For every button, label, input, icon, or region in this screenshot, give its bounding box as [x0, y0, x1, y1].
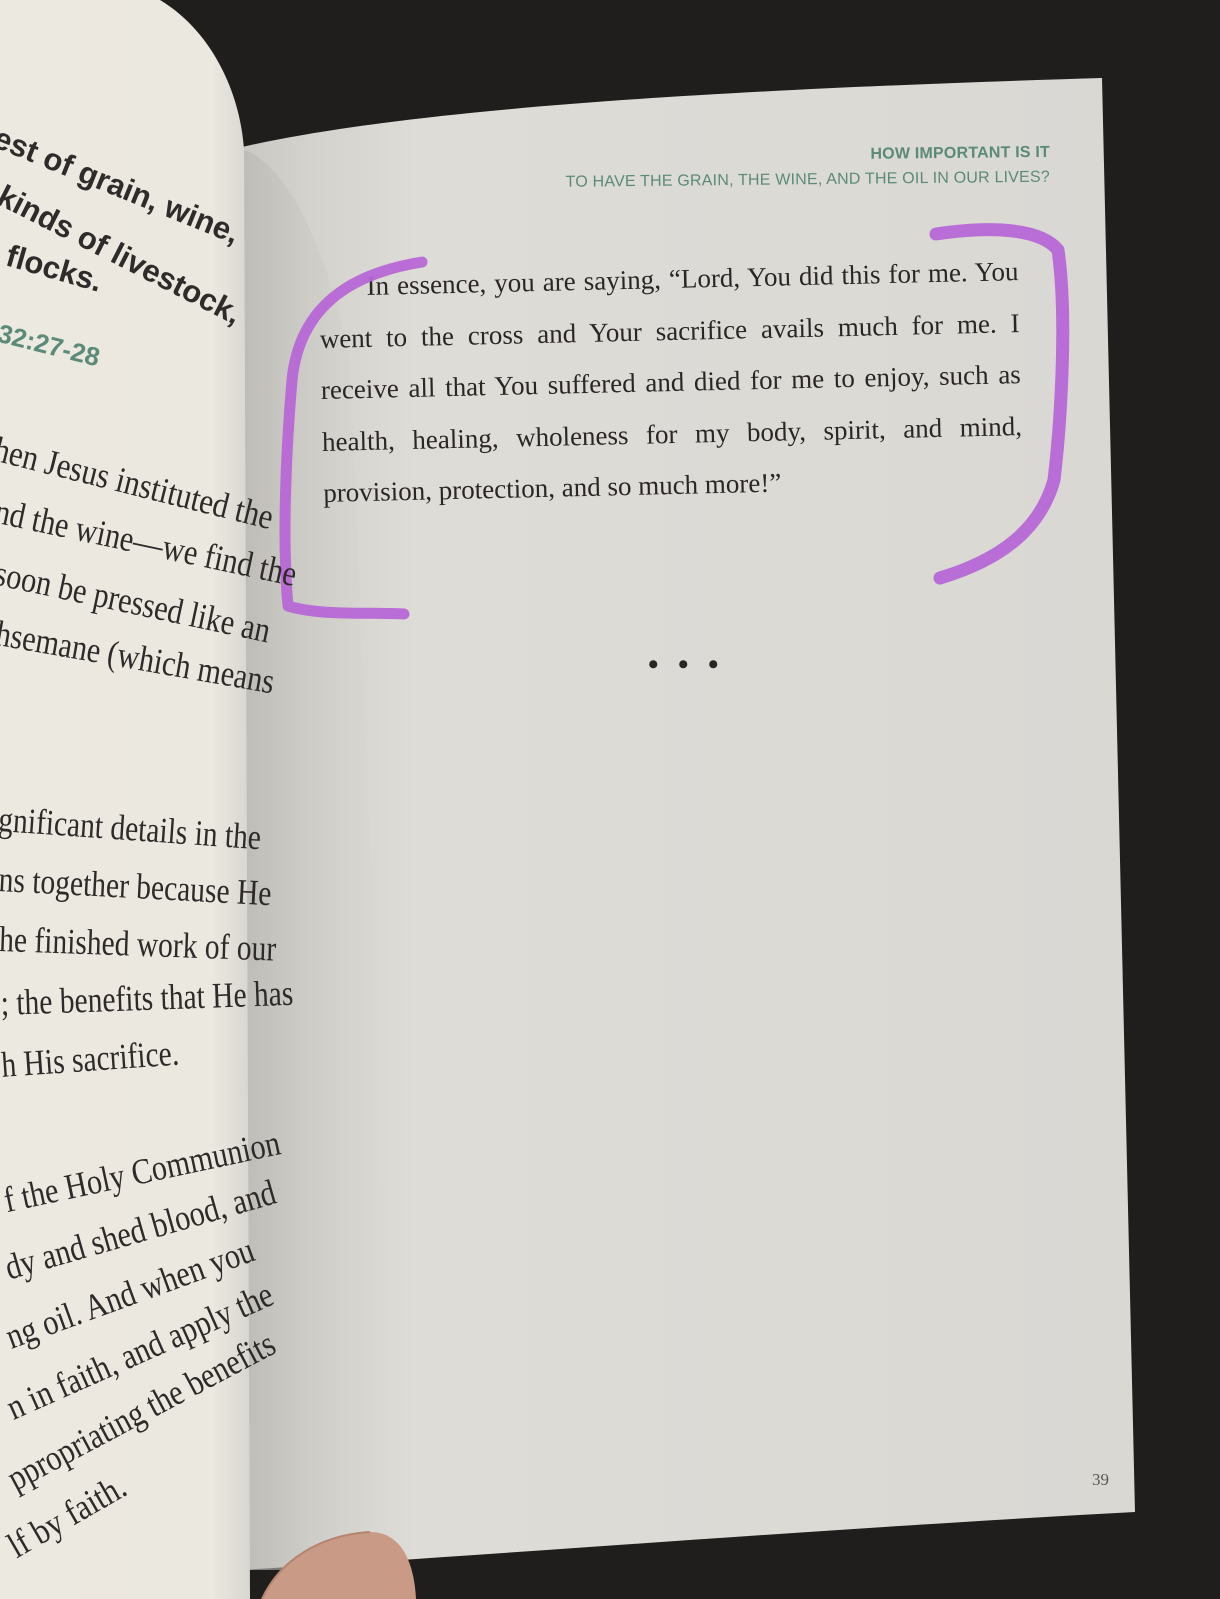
thumb-icon	[0, 0, 1220, 1599]
